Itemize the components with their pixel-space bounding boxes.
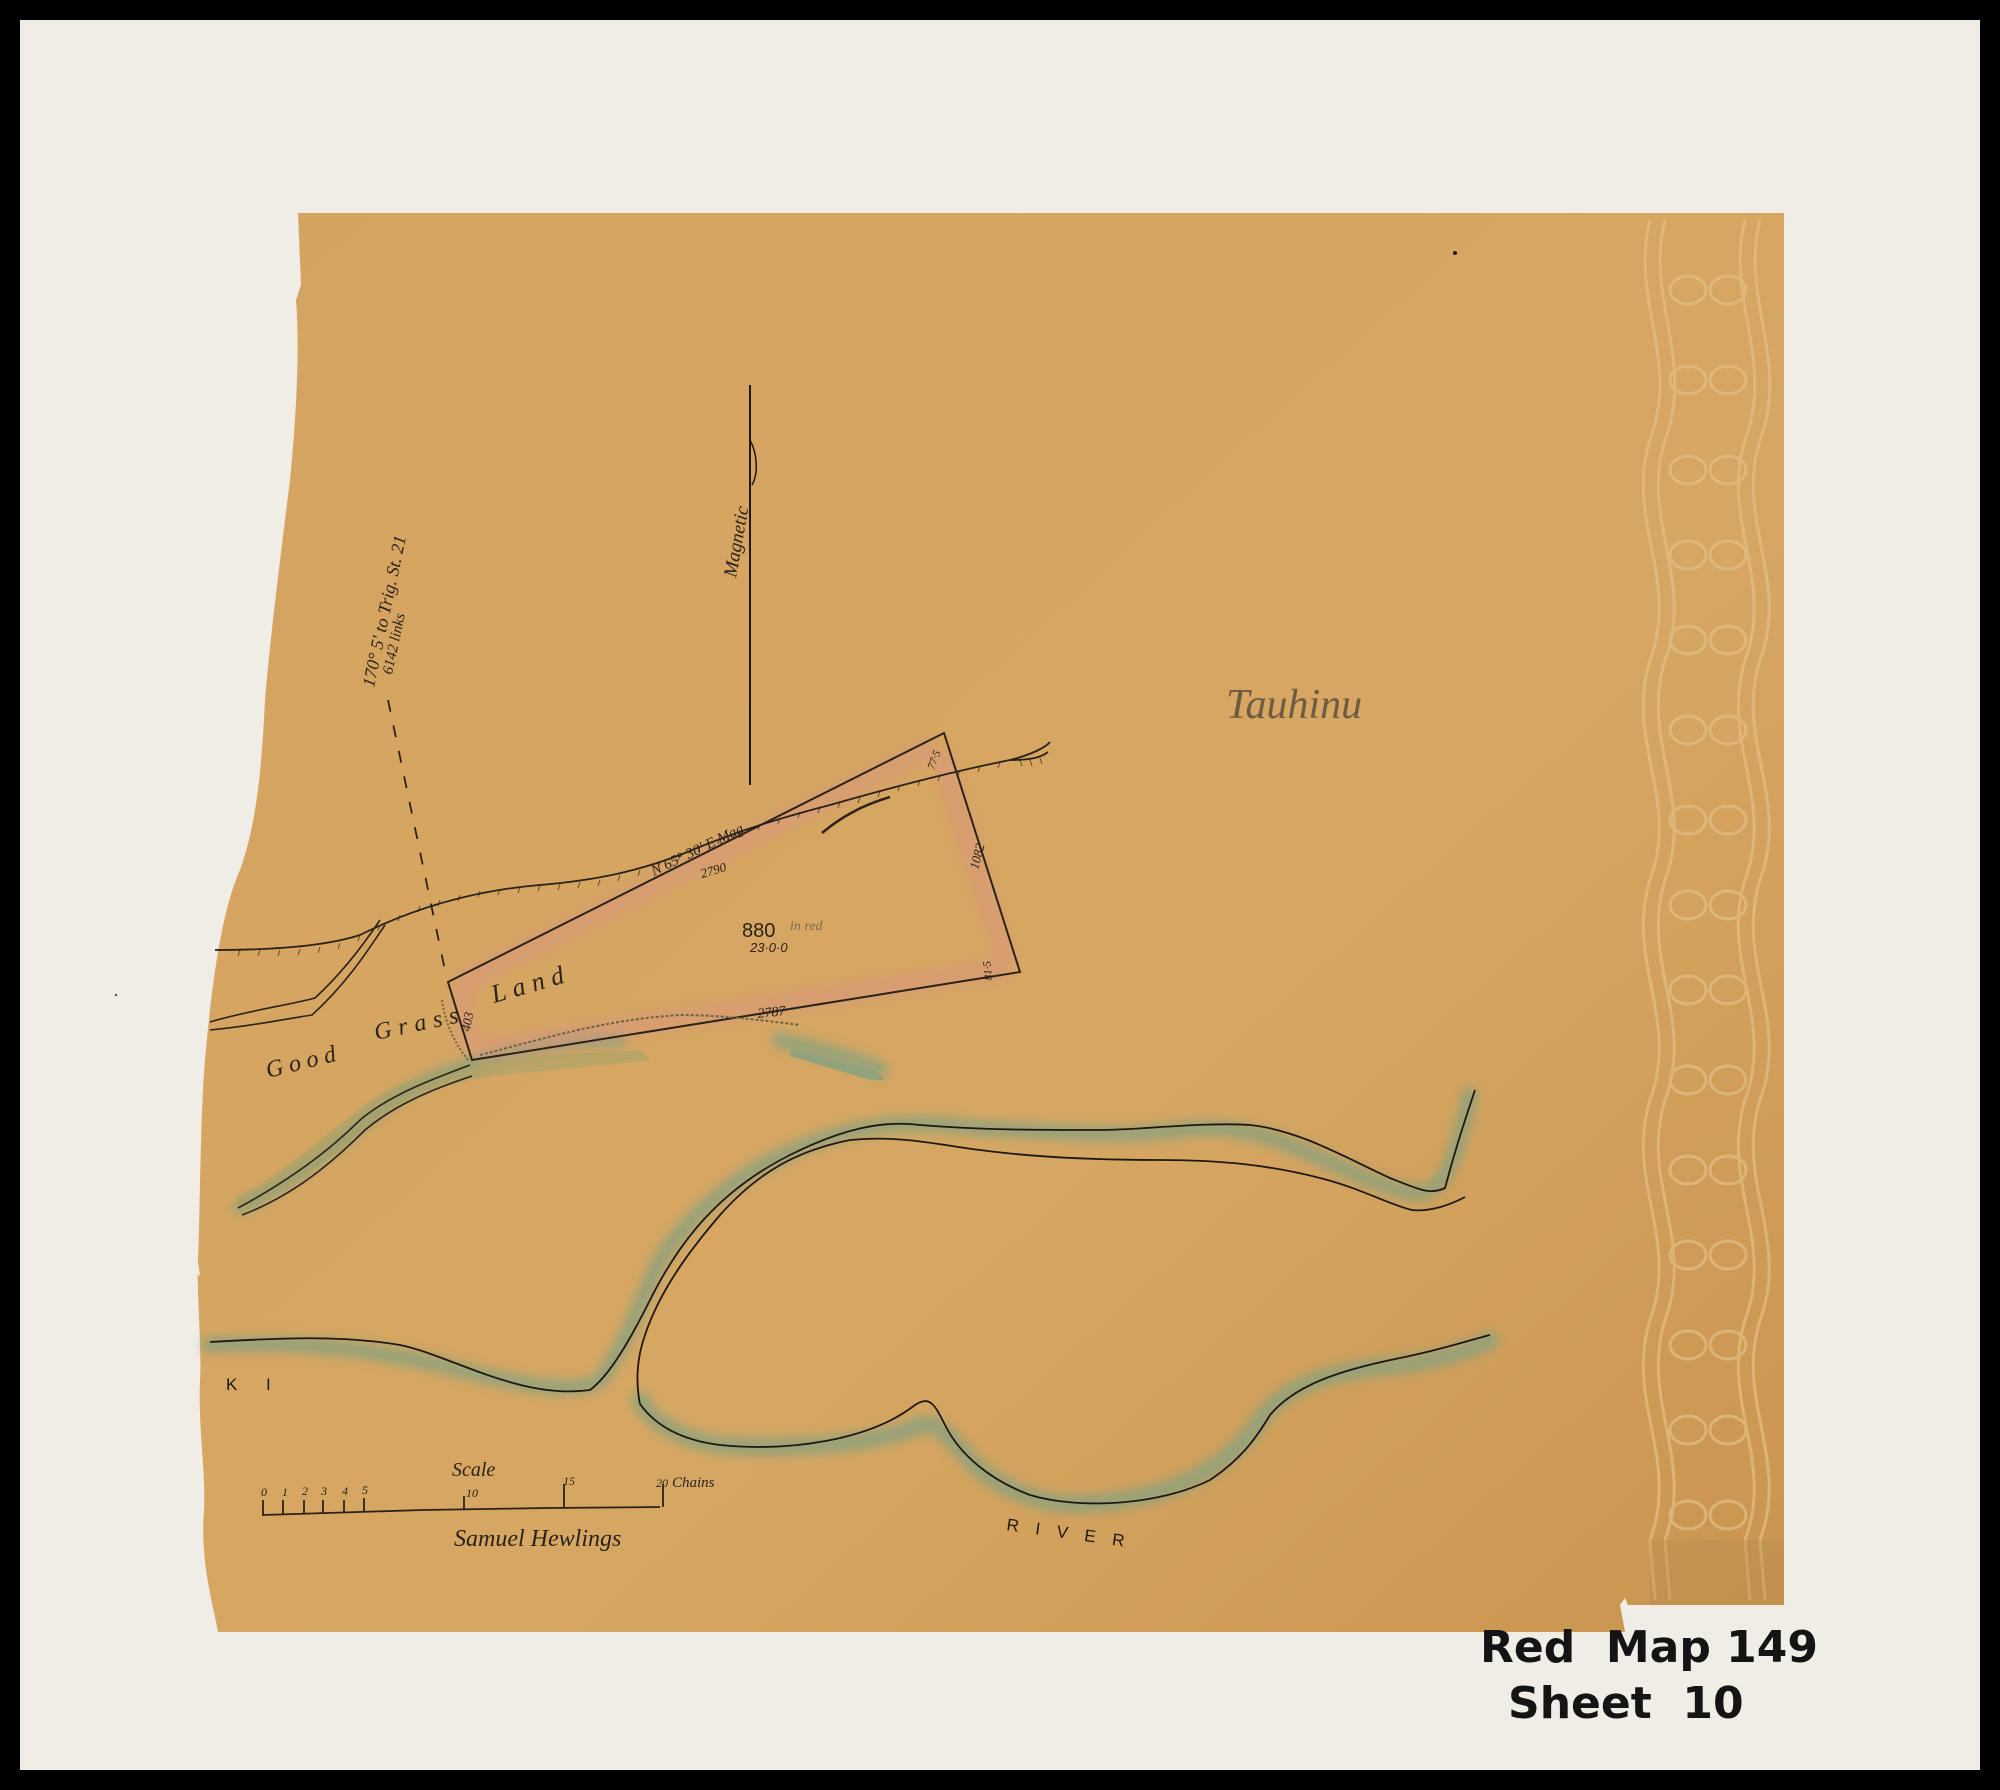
pencil-place-name: Tauhinu [1226,682,1362,728]
scale-tick-5: 5 [362,1483,368,1497]
parcel-number: 880 [742,920,775,942]
scale-tick-0: 0 [261,1485,267,1499]
scale-tick-15: 15 [563,1474,575,1488]
paper-shadow-band [1650,1540,1784,1605]
scale-title: Scale [452,1459,495,1481]
ink-speck-2 [115,994,117,996]
scale-tick-20: 20 [656,1476,668,1490]
scale-units: Chains [672,1475,715,1491]
surveyor-signature: Samuel Hewlings [454,1526,621,1552]
scale-tick-2: 2 [302,1484,308,1498]
scale-tick-10: 10 [466,1486,478,1500]
parcel-area: 23·0·0 [749,940,788,955]
river-label-left: K I [226,1375,283,1394]
parcel-note: in red [790,919,824,934]
catalog-label: Red Map 149 Sheet 10 [1460,1620,1880,1732]
survey-map: Good Grass Land N 65° 30' E Mag 2790 278… [0,0,2000,1790]
scale-tick-3: 3 [320,1484,327,1498]
catalog-sheet-number: Sheet 10 [1460,1676,1880,1732]
scale-tick-1: 1 [282,1485,288,1499]
catalog-map-number: Red Map 149 [1460,1620,1880,1676]
ink-speck [1453,251,1457,255]
corner-se: 81·5 [981,960,995,981]
scale-tick-4: 4 [342,1484,348,1498]
bottom-side-length: 2787 [757,1004,787,1022]
